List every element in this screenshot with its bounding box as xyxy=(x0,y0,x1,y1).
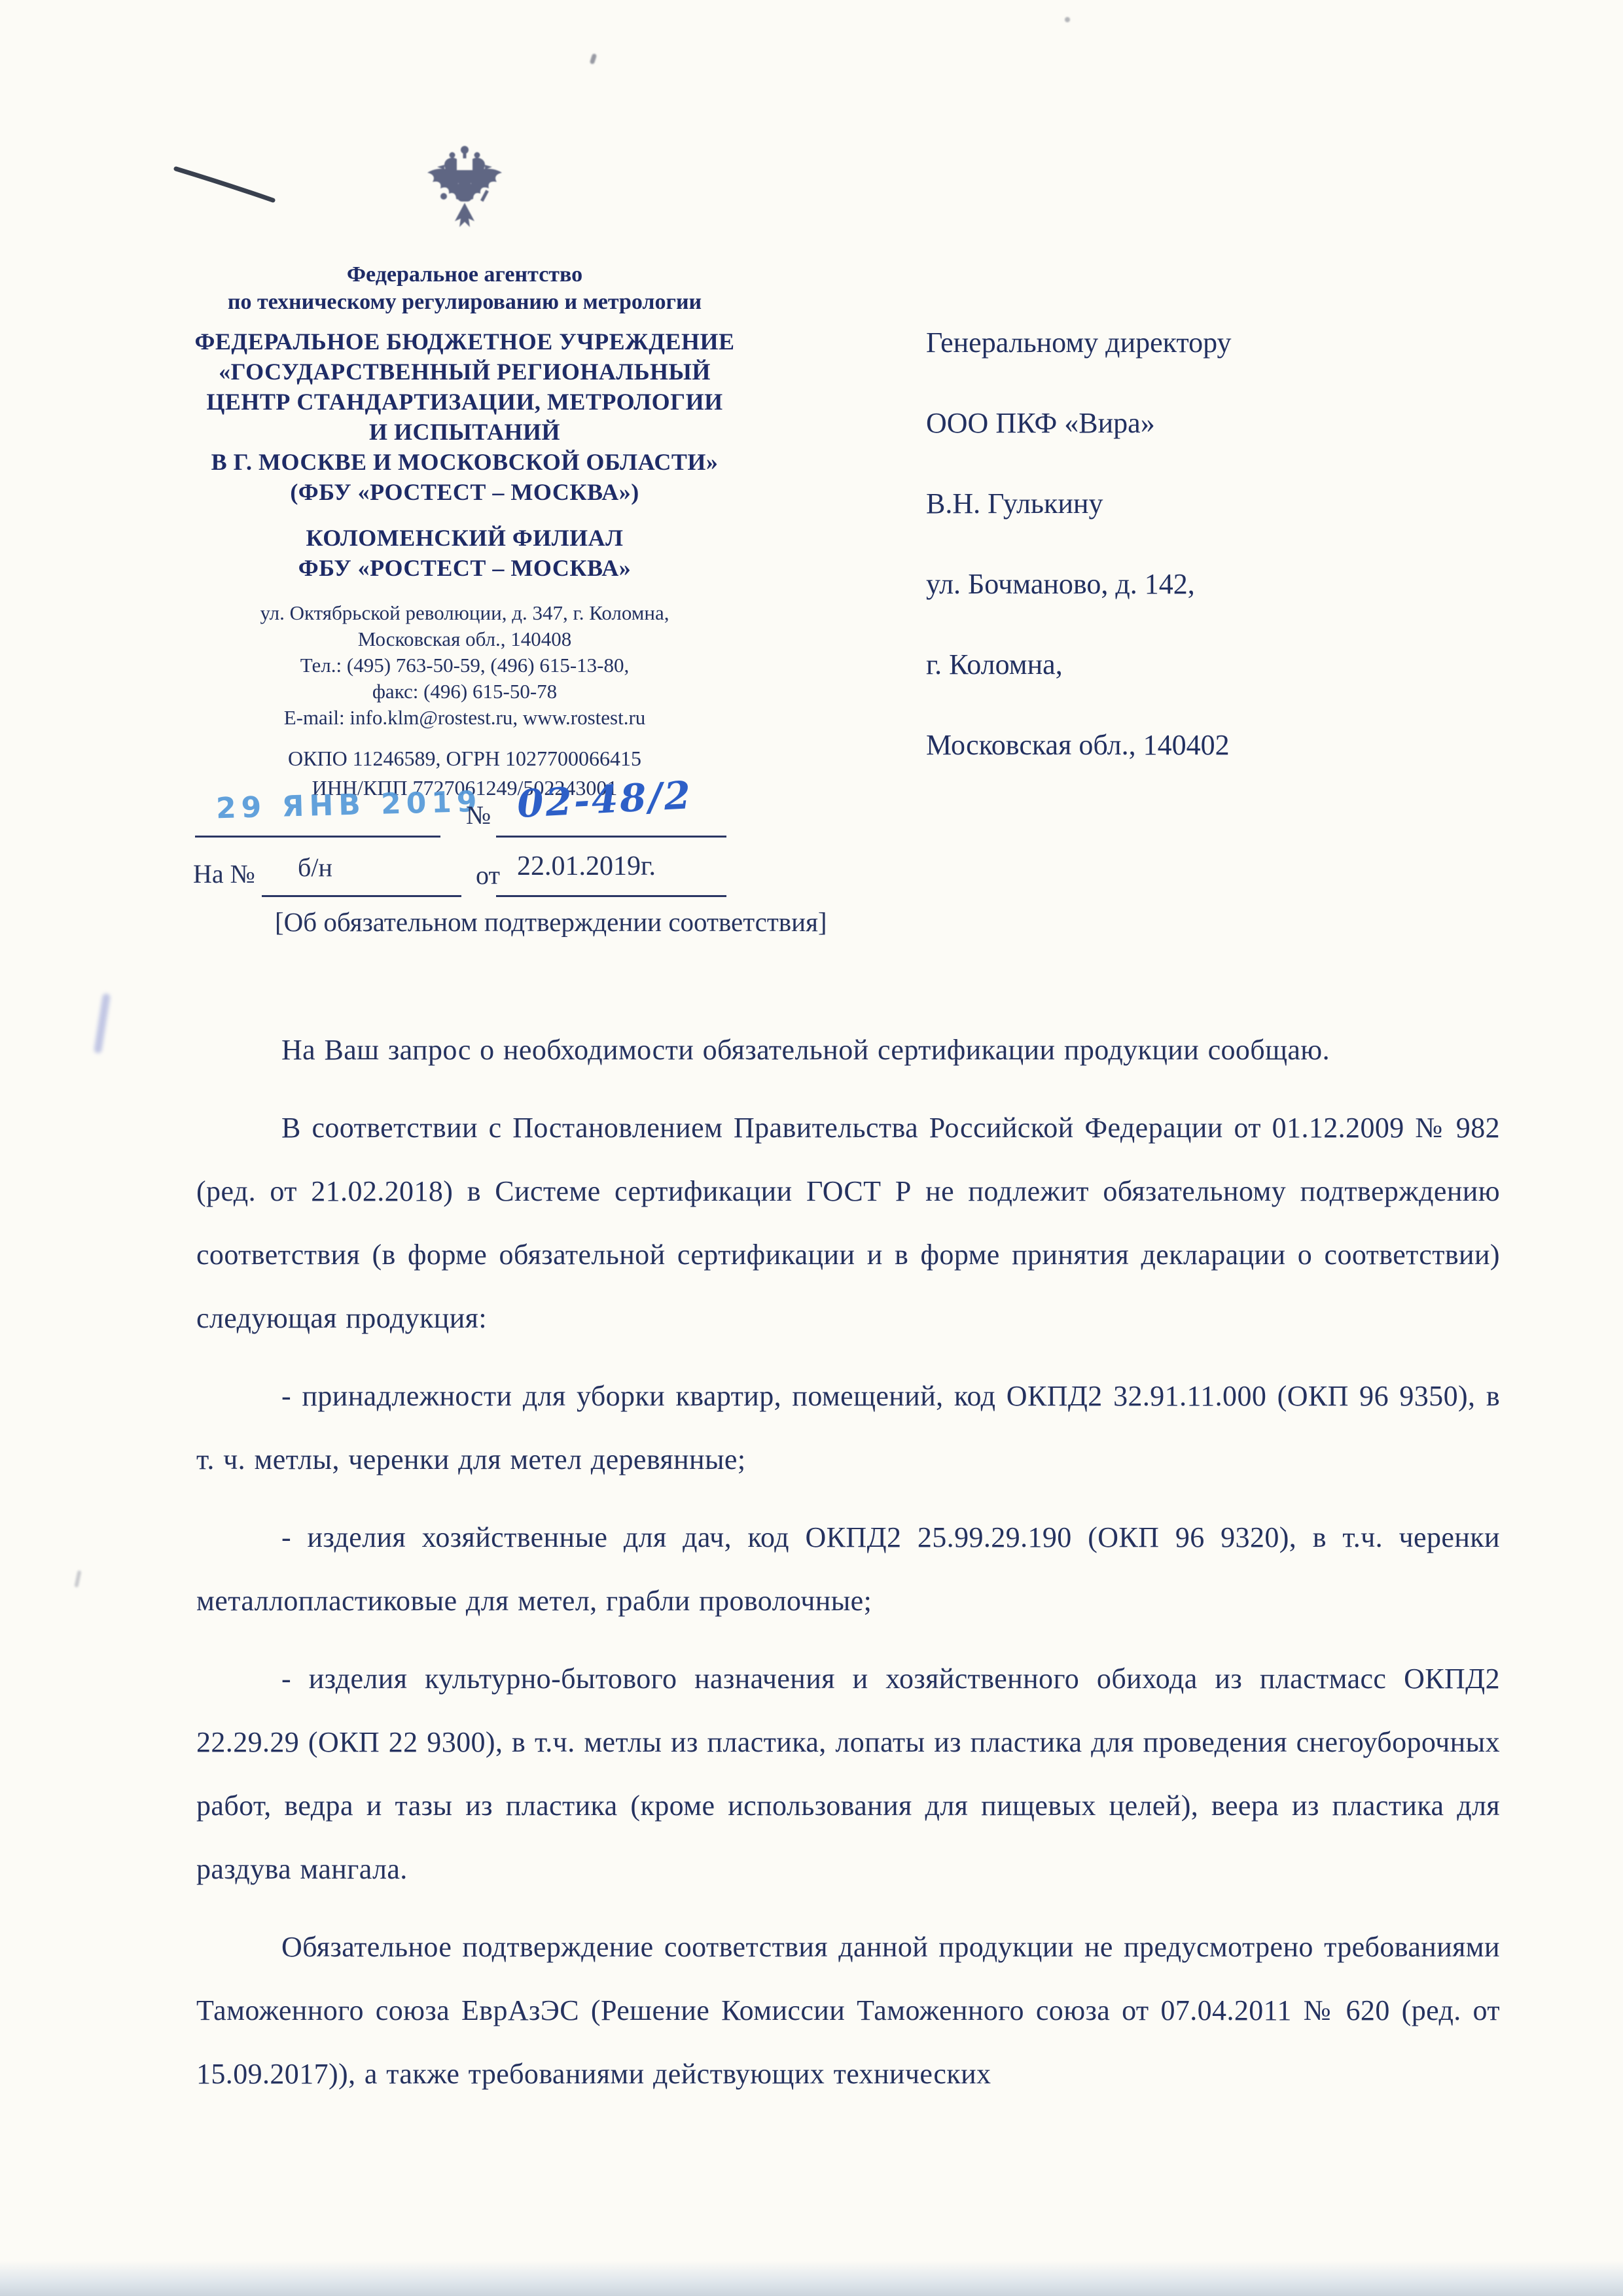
date-stamp: 29 ЯНВ 2019 xyxy=(215,785,482,826)
okpo-ogrn-line: ОКПО 11246589, ОГРН 1027700066415 xyxy=(175,744,754,773)
letter-body: На Ваш запрос о необходимости обязательн… xyxy=(196,1018,1500,2120)
email-line: E-mail: info.klm@rostest.ru, www.rostest… xyxy=(175,705,754,731)
scan-speck xyxy=(590,53,597,64)
recipient-street: ул. Бочманово, д. 142, xyxy=(926,567,1232,601)
org-name-line: В Г. МОСКВЕ И МОСКОВСКОЙ ОБЛАСТИ» xyxy=(175,447,754,477)
scan-speck xyxy=(74,1570,81,1588)
letterhead: Федеральное агентство по техническому ре… xyxy=(175,144,754,803)
body-paragraph: В соответствии с Постановлением Правител… xyxy=(196,1096,1500,1350)
address-line: Московская обл., 140408 xyxy=(175,626,754,652)
scanner-edge-shadow xyxy=(0,2261,1623,2296)
recipient-city: г. Коломна, xyxy=(926,648,1232,681)
branch-name-line: КОЛОМЕНСКИЙ ФИЛИАЛ xyxy=(175,523,754,553)
org-name-line: ФЕДЕРАЛЬНОЕ БЮДЖЕТНОЕ УЧРЕЖДЕНИЕ xyxy=(175,327,754,357)
ink-smudge-artifact xyxy=(94,993,111,1054)
recipient-company: ООО ПКФ «Вира» xyxy=(926,406,1232,440)
address-line: ул. Октябрьской революции, д. 347, г. Ко… xyxy=(175,600,754,626)
from-date-label: от xyxy=(476,860,500,891)
recipient-person: В.Н. Гулькину xyxy=(926,487,1232,520)
branch-name-line: ФБУ «РОСТЕСТ – МОСКВА» xyxy=(175,553,754,583)
reply-underline xyxy=(262,895,461,897)
agency-name-line: Федеральное агентство xyxy=(175,261,754,289)
recipient-title: Генеральному директору xyxy=(926,326,1232,359)
recipient-region: Московская обл., 140402 xyxy=(926,728,1232,762)
agency-name-line: по техническому регулированию и метролог… xyxy=(175,289,754,316)
body-list-item: - изделия культурно-бытового назначения … xyxy=(196,1647,1500,1901)
phone-line: Тел.: (495) 763-50-59, (496) 615-13-80, xyxy=(175,652,754,679)
reply-to-value: б/н xyxy=(298,852,332,883)
org-name-line: (ФБУ «РОСТЕСТ – МОСКВА») xyxy=(175,477,754,507)
body-list-item: - принадлежности для уборки квартир, пом… xyxy=(196,1364,1500,1491)
from-date-underline xyxy=(496,895,726,897)
number-label: № xyxy=(466,800,491,830)
reply-to-label: На № xyxy=(193,858,255,889)
from-date-value: 22.01.2019г. xyxy=(517,851,656,882)
scanned-letter-page: Федеральное агентство по техническому ре… xyxy=(0,0,1623,2296)
recipient-block: Генеральному директору ООО ПКФ «Вира» В.… xyxy=(926,326,1232,809)
double-headed-eagle-icon xyxy=(422,144,507,254)
handwritten-outgoing-number: 02-48/2 xyxy=(516,773,693,826)
number-underline xyxy=(496,836,726,838)
body-list-item: - изделия хозяйственные для дач, код ОКП… xyxy=(196,1506,1500,1633)
org-name-line: И ИСПЫТАНИЙ xyxy=(175,417,754,447)
date-underline xyxy=(195,836,440,838)
scan-speck xyxy=(1065,17,1070,22)
org-name-line: «ГОСУДАРСТВЕННЫЙ РЕГИОНАЛЬНЫЙ xyxy=(175,357,754,387)
body-paragraph: На Ваш запрос о необходимости обязательн… xyxy=(196,1018,1500,1082)
org-name-line: ЦЕНТР СТАНДАРТИЗАЦИИ, МЕТРОЛОГИИ xyxy=(175,387,754,417)
fax-line: факс: (496) 615-50-78 xyxy=(175,679,754,705)
body-paragraph: Обязательное подтверждение соответствия … xyxy=(196,1915,1500,2106)
subject-line: [Об обязательном подтверждении соответст… xyxy=(275,906,827,938)
